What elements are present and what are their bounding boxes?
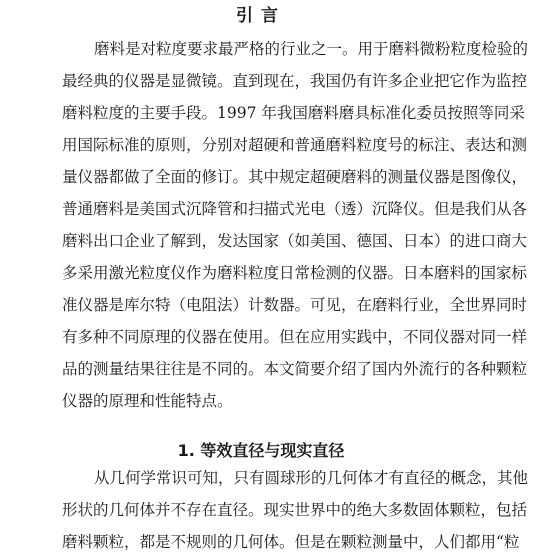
text-line: 形状的几何体并不存在直径。现实世界中的绝大多数固体颗粒，包括 [62,494,460,526]
text-line: 最经典的仪器是显微镜。直到现在，我国仍有许多企业把它作为监控 [62,65,460,97]
text-line: 磨料出口企业了解到，发达国家（如美国、德国、日本）的进口商大 [62,225,460,257]
text-line: 量仪器都做了全面的修订。其中规定超硬磨料的测量仪器是图像仪， [62,161,460,193]
text-line: 磨料是对粒度要求最严格的行业之一。用于磨料微粉粒度检验的 [62,33,460,65]
section-paragraph: 从几何学常识可知，只有圆球形的几何体才有直径的概念，其他 形状的几何体并不存在直… [62,462,460,558]
page-title: 引言 [62,5,460,27]
text-line: 磨料颗粒，都是不规则的几何体。但是在颗粒测量中，人们都用“粒 [62,526,460,558]
text-line: 用国际标准的原则，分别对超硬和普通磨料粒度号的标注、表达和测 [62,129,460,161]
text-line: 仪器的原理和性能特点。 [62,385,460,417]
intro-paragraph: 磨料是对粒度要求最严格的行业之一。用于磨料微粉粒度检验的 最经典的仪器是显微镜。… [62,33,460,417]
text-line: 品的测量结果往往是不同的。本文简要介绍了国内外流行的各种颗粒 [62,353,460,385]
text-line: 多采用激光粒度仪作为磨料粒度日常检测的仪器。日本磨料的国家标 [62,257,460,289]
text-line: 普通磨料是美国式沉降管和扫描式光电（透）沉降仪。但是我们从各 [62,193,460,225]
text-line: 有多种不同原理的仪器在使用。但在应用实践中，不同仪器对同一样 [62,321,460,353]
section-heading: 1. 等效直径与现实直径 [62,440,460,462]
text-line: 从几何学常识可知，只有圆球形的几何体才有直径的概念，其他 [62,462,460,494]
text-line: 准仪器是库尔特（电阻法）计数器。可见，在磨料行业，全世界同时 [62,289,460,321]
text-line: 磨料粒度的主要手段。1997 年我国磨料磨具标准化委员按照等同采 [62,97,460,129]
